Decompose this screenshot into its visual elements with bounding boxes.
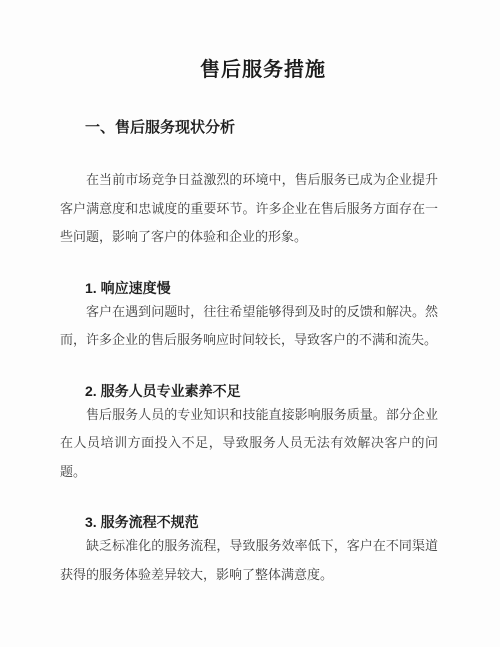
subsection-body-3: 缺乏标准化的服务流程，导致服务效率低下，客户在不同渠道获得的服务体验差异较大，影… bbox=[60, 532, 438, 589]
subsection-body-2: 售后服务人员的专业知识和技能直接影响服务质量。部分企业在人员培训方面投入不足，导… bbox=[60, 401, 438, 487]
document-page: 售后服务措施 一、售后服务现状分析 在当前市场竞争日益激烈的环境中，售后服务已成… bbox=[0, 0, 500, 647]
section-intro-paragraph: 在当前市场竞争日益激烈的环境中，售后服务已成为企业提升客户满意度和忠诚度的重要环… bbox=[60, 166, 438, 252]
document-title: 售后服务措施 bbox=[74, 58, 452, 82]
subsection-heading-1: 1. 响应速度慢 bbox=[85, 278, 438, 298]
section-heading: 一、售后服务现状分析 bbox=[85, 117, 438, 138]
subsection-heading-3: 3. 服务流程不规范 bbox=[85, 512, 438, 532]
subsection-body-1: 客户在遇到问题时，往往希望能够得到及时的反馈和解决。然而，许多企业的售后服务响应… bbox=[60, 298, 438, 355]
subsection-heading-2: 2. 服务人员专业素养不足 bbox=[85, 381, 438, 401]
